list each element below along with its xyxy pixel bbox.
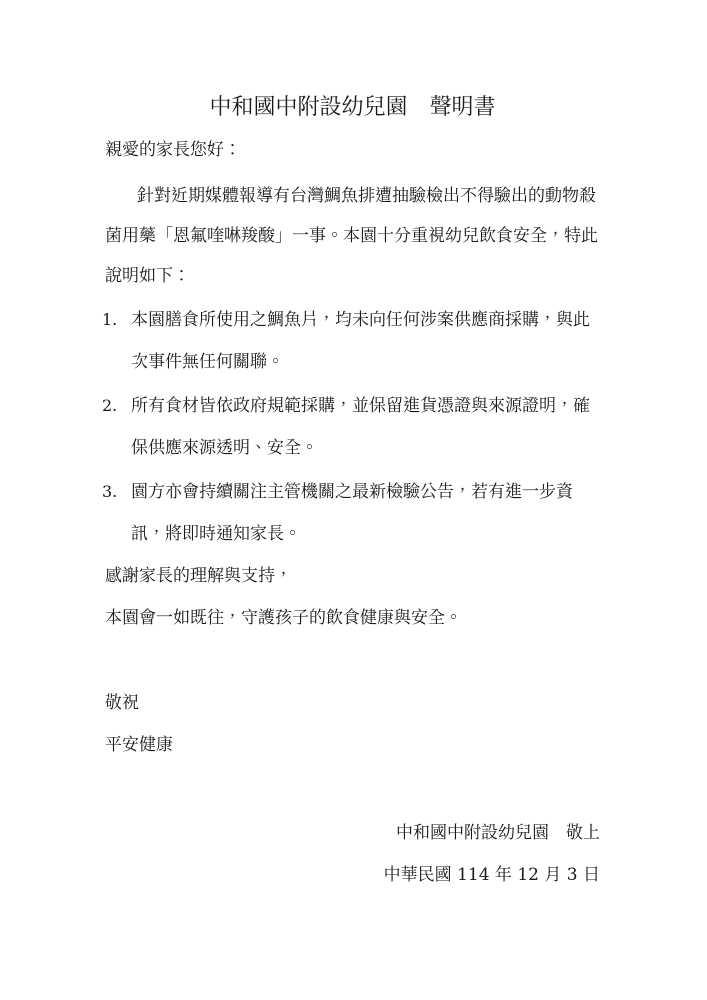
list-item-line: 保供應來源透明、安全。 — [131, 427, 600, 469]
well-wish-phrase: 平安健康 — [105, 724, 600, 766]
list-item-number: 2. — [102, 385, 131, 427]
list-item-number: 3. — [102, 471, 131, 513]
statement-list: 1. 本園膳食所使用之鯛魚片，均未向任何涉案供應商採購，與此 次事件無任何關聯。… — [102, 299, 600, 555]
list-item-line: 訊，將即時通知家長。 — [131, 513, 600, 555]
list-item-line: 園方亦會持續關注主管機關之最新檢驗公告，若有進一步資 — [131, 471, 600, 513]
well-wish-opening: 敬祝 — [105, 682, 600, 724]
well-wishes-block: 敬祝 平安健康 — [105, 682, 600, 766]
intro-line-2: 菌用藥「恩氟喹啉羧酸」一事。本園十分重視幼兒飲食安全，特此 — [105, 216, 600, 256]
intro-paragraph: 針對近期媒體報導有台灣鯛魚排遭抽驗檢出不得驗出的動物殺 菌用藥「恩氟喹啉羧酸」一… — [105, 176, 600, 296]
list-item: 1. 本園膳食所使用之鯛魚片，均未向任何涉案供應商採購，與此 次事件無任何關聯。 — [102, 299, 600, 383]
statement-letter-page: 中和國中附設幼兒園 聲明書 親愛的家長您好： 針對近期媒體報導有台灣鯛魚排遭抽驗… — [0, 0, 707, 1000]
intro-line-3: 說明如下： — [105, 256, 600, 296]
letter-content: 中和國中附設幼兒園 聲明書 親愛的家長您好： 針對近期媒體報導有台灣鯛魚排遭抽驗… — [0, 87, 707, 896]
signature-block: 中和國中附設幼兒園 敬上 中華民國 114 年 12 月 3 日 — [105, 812, 600, 896]
intro-line-1: 針對近期媒體報導有台灣鯛魚排遭抽驗檢出不得驗出的動物殺 — [105, 176, 600, 216]
list-item-line: 所有食材皆依政府規範採購，並保留進貨憑證與來源證明，確 — [131, 385, 600, 427]
list-item-body: 所有食材皆依政府規範採購，並保留進貨憑證與來源證明，確 保供應來源透明、安全。 — [131, 385, 600, 469]
salutation: 親愛的家長您好： — [105, 129, 600, 171]
closing-line-1: 感謝家長的理解與支持， — [105, 555, 600, 597]
closing-paragraph: 感謝家長的理解與支持， 本園會一如既往，守護孩子的飲食健康與安全。 — [105, 555, 600, 639]
date-line: 中華民國 114 年 12 月 3 日 — [105, 854, 600, 896]
list-item-body: 園方亦會持續關注主管機關之最新檢驗公告，若有進一步資 訊，將即時通知家長。 — [131, 471, 600, 555]
closing-line-2: 本園會一如既往，守護孩子的飲食健康與安全。 — [105, 597, 600, 639]
list-item: 3. 園方亦會持續關注主管機關之最新檢驗公告，若有進一步資 訊，將即時通知家長。 — [102, 471, 600, 555]
list-item-number: 1. — [102, 299, 131, 341]
signature-line: 中和國中附設幼兒園 敬上 — [105, 812, 600, 854]
list-item-line: 次事件無任何關聯。 — [131, 341, 600, 383]
list-item-line: 本園膳食所使用之鯛魚片，均未向任何涉案供應商採購，與此 — [131, 299, 600, 341]
document-title: 中和國中附設幼兒園 聲明書 — [105, 87, 600, 129]
list-item: 2. 所有食材皆依政府規範採購，並保留進貨憑證與來源證明，確 保供應來源透明、安… — [102, 385, 600, 469]
list-item-body: 本園膳食所使用之鯛魚片，均未向任何涉案供應商採購，與此 次事件無任何關聯。 — [131, 299, 600, 383]
